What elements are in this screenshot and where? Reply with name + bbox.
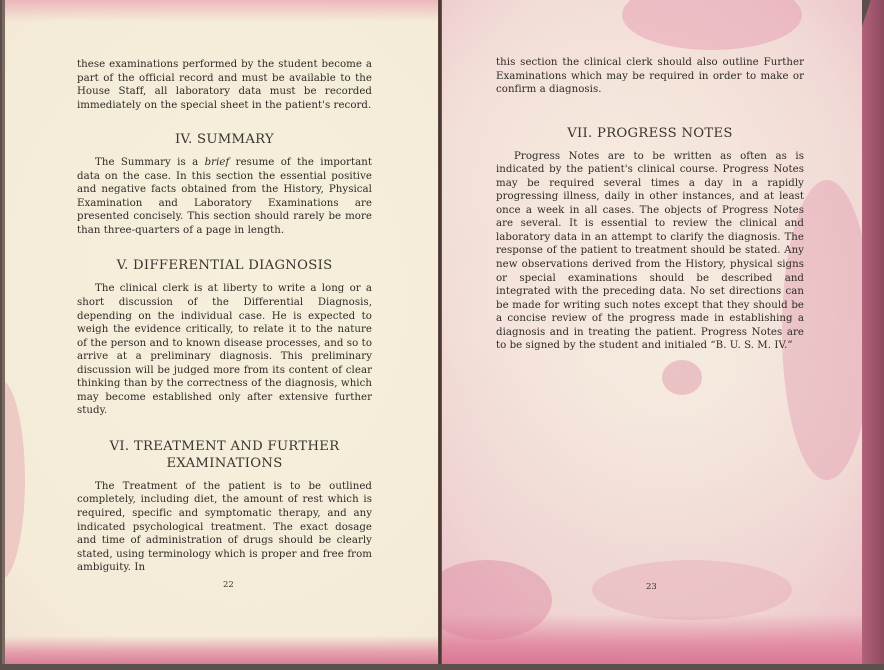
left-page-text: these examinations performed by the stud… <box>77 58 372 575</box>
page-number-right: 23 <box>646 582 657 592</box>
heading-treatment: VI. TREATMENT AND FURTHER EXAMINATIONS <box>77 438 372 472</box>
differential-diagnosis-paragraph: The clinical clerk is at liberty to writ… <box>77 282 372 417</box>
heading-treatment-line2: EXAMINATIONS <box>166 456 282 471</box>
summary-text-start: The Summary is a <box>95 157 205 168</box>
heading-progress-notes: VII. PROGRESS NOTES <box>496 125 804 142</box>
left-intro-paragraph: these examinations performed by the stud… <box>77 58 372 112</box>
summary-paragraph: The Summary is a brief resume of the imp… <box>77 156 372 237</box>
water-stain <box>442 560 552 640</box>
book-cover-edge <box>862 0 884 664</box>
heading-differential-diagnosis: V. DIFFERENTIAL DIAGNOSIS <box>77 257 372 274</box>
treatment-paragraph: The Treatment of the patient is to be ou… <box>77 480 372 575</box>
right-page: this section the clinical clerk should a… <box>442 0 862 664</box>
summary-emphasis: brief <box>205 157 230 168</box>
left-page: these examinations performed by the stud… <box>2 0 441 664</box>
scan-background <box>0 664 884 670</box>
heading-treatment-line1: VI. TREATMENT AND FURTHER <box>110 439 340 454</box>
water-stain <box>2 380 25 580</box>
page-number-left: 22 <box>223 580 234 590</box>
water-stain <box>662 360 702 395</box>
progress-notes-paragraph: Progress Notes are to be written as ofte… <box>496 150 804 353</box>
book-spread: these examinations performed by the stud… <box>0 0 884 670</box>
summary-text-end: resume of the important data on the case… <box>77 157 372 236</box>
water-stain <box>592 560 792 620</box>
water-stain <box>622 0 802 50</box>
right-intro-paragraph: this section the clinical clerk should a… <box>496 56 804 97</box>
heading-summary: IV. SUMMARY <box>77 131 372 148</box>
right-page-text: this section the clinical clerk should a… <box>496 56 804 353</box>
